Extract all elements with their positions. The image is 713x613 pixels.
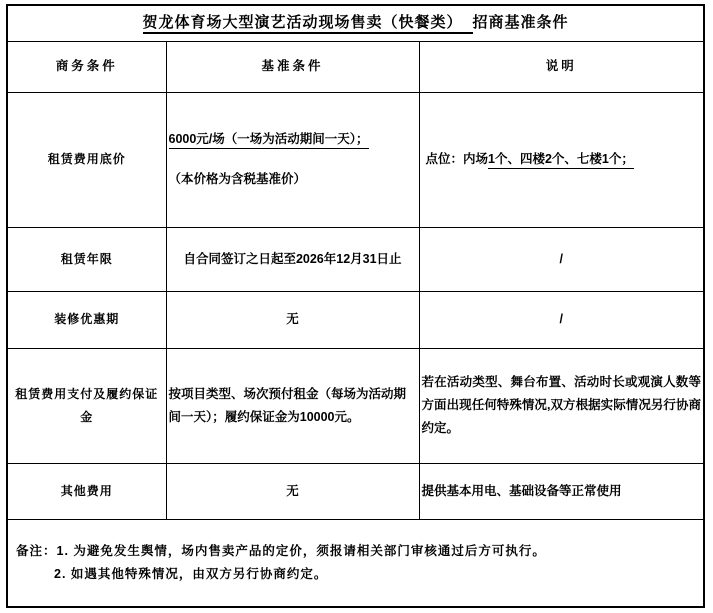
base-terms-payment-and-deposit: 按项目类型、场次预付租金（每场为活动期间一天）；履约保证金为10000元。 [166, 348, 419, 463]
remarks-line-2: 2. 如遇其他特殊情况，由双方另行协商约定。 [54, 563, 695, 586]
table-row: 装修优惠期 无 / [7, 291, 704, 348]
remarks-section: 备注：1. 为避免发生舆情，场内售卖产品的定价，须报请相关部门审核通过后方可执行… [7, 519, 704, 607]
title-plain-text: 招商基准条件 [473, 14, 569, 31]
document-page: 贺龙体育场大型演艺活动现场售卖（快餐类）招商基准条件 商务条件 基准条件 说明 … [0, 0, 713, 613]
base-terms-lease-term: 自合同签订之日起至2026年12月31日止 [166, 227, 419, 291]
table-row: 租赁年限 自合同签订之日起至2026年12月31日止 / [7, 227, 704, 291]
remarks-line-1: 备注：1. 为避免发生舆情，场内售卖产品的定价，须报请相关部门审核通过后方可执行… [16, 540, 695, 563]
terms-table: 贺龙体育场大型演艺活动现场售卖（快餐类）招商基准条件 商务条件 基准条件 说明 … [6, 4, 705, 608]
row-label-renovation-grace-period: 装修优惠期 [7, 291, 166, 348]
column-header-business-terms: 商务条件 [7, 41, 166, 92]
table-row: 租赁费用底价 6000元/场（一场为活动期间一天）； （本价格为含税基准价） 点… [7, 92, 704, 227]
base-price-underlined-text: 6000元/场（一场为活动期间一天）； [169, 132, 369, 149]
note-other-fees: 提供基本用电、基础设备等正常使用 [419, 463, 704, 519]
row-label-payment-and-deposit: 租赁费用支付及履约保证金 [7, 348, 166, 463]
note-renovation-grace-period: / [419, 291, 704, 348]
note-locations-underlined: 1个、四楼2个、七楼1个； [488, 152, 634, 169]
note-payment-and-deposit: 若在活动类型、舞台布置、活动时长或观演人数等方面出现任何特殊情况,双方根据实际情… [419, 348, 704, 463]
note-lease-term: / [419, 227, 704, 291]
table-row: 租赁费用支付及履约保证金 按项目类型、场次预付租金（每场为活动期间一天）；履约保… [7, 348, 704, 463]
note-locations-prefix: 点位：内场 [426, 152, 489, 166]
column-header-base-terms: 基准条件 [166, 41, 419, 92]
document-title: 贺龙体育场大型演艺活动现场售卖（快餐类）招商基准条件 [7, 5, 704, 41]
note-locations: 点位：内场1个、四楼2个、七楼1个； [419, 92, 704, 227]
title-underlined-text: 贺龙体育场大型演艺活动现场售卖（快餐类） [143, 14, 473, 34]
base-terms-other-fees: 无 [166, 463, 419, 519]
base-terms-renovation-grace-period: 无 [166, 291, 419, 348]
base-price-tax-note: （本价格为含税基准价） [169, 168, 417, 191]
row-label-other-fees: 其他费用 [7, 463, 166, 519]
table-row: 其他费用 无 提供基本用电、基础设备等正常使用 [7, 463, 704, 519]
base-terms-rental-base-price: 6000元/场（一场为活动期间一天）； （本价格为含税基准价） [166, 92, 419, 227]
row-label-rental-base-price: 租赁费用底价 [7, 92, 166, 227]
row-label-lease-term: 租赁年限 [7, 227, 166, 291]
column-header-notes: 说明 [419, 41, 704, 92]
